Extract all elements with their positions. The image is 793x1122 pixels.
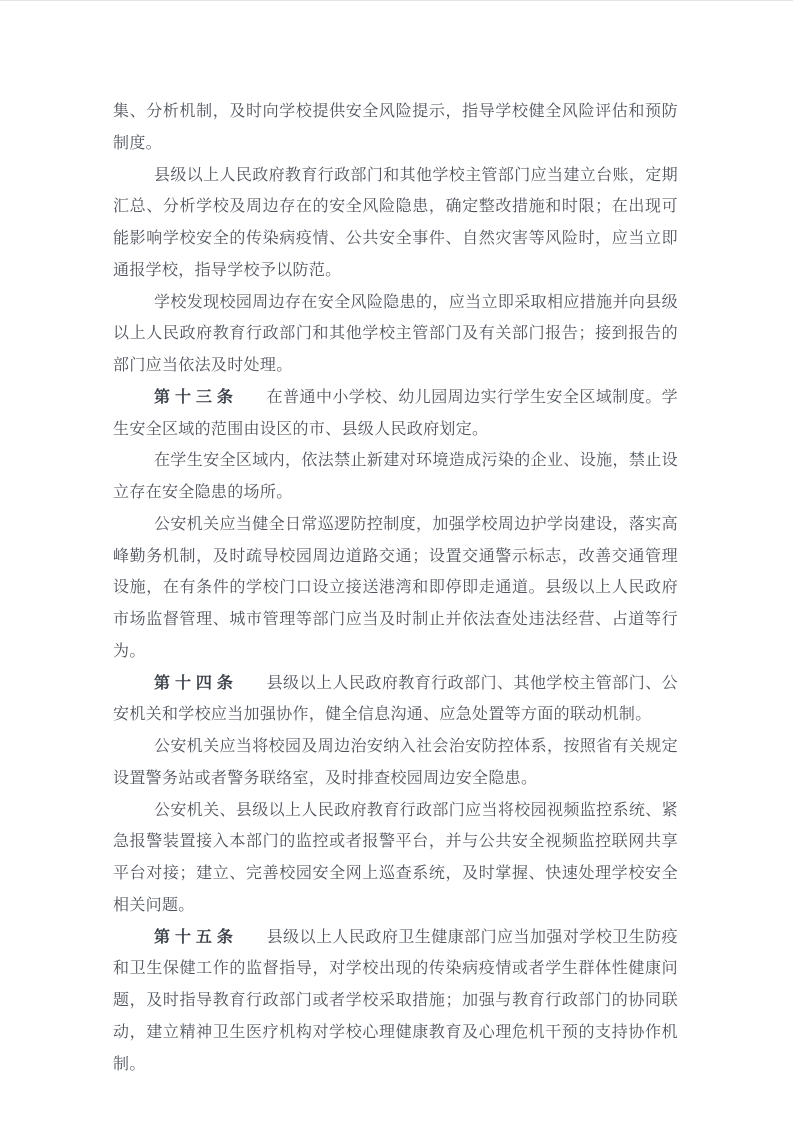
paragraph: 第十五条县级以上人民政府卫生健康部门应当加强对学校卫生防疫和卫生保健工作的监督指… xyxy=(113,922,678,1081)
page-top-edge xyxy=(0,0,793,1)
paragraph-text: 集、分析机制，及时向学校提供安全风险提示，指导学校健全风险评估和预防制度。 xyxy=(113,103,678,152)
paragraph-text: 学校发现校园周边存在安全风险隐患的，应当立即采取相应措施并向县级以上人民政府教育… xyxy=(113,294,678,375)
paragraph: 公安机关应当将校园及周边治安纳入社会治安防控体系，按照省有关规定设置警务站或者警… xyxy=(113,731,678,795)
article-number: 第十四条 xyxy=(154,675,238,692)
paragraph-text: 县级以上人民政府教育行政部门和其他学校主管部门应当建立台账，定期汇总、分析学校及… xyxy=(113,167,678,279)
paragraph-text: 公安机关应当将校园及周边治安纳入社会治安防控体系，按照省有关规定设置警务站或者警… xyxy=(113,738,678,787)
paragraph: 集、分析机制，及时向学校提供安全风险提示，指导学校健全风险评估和预防制度。 xyxy=(113,96,678,160)
paragraph: 学校发现校园周边存在安全风险隐患的，应当立即采取相应措施并向县级以上人民政府教育… xyxy=(113,287,678,382)
paragraph-text: 公安机关、县级以上人民政府教育行政部门应当将校园视频监控系统、紧急报警装置接入本… xyxy=(113,802,678,914)
paragraph: 第十四条县级以上人民政府教育行政部门、其他学校主管部门、公安机关和学校应当加强协… xyxy=(113,668,678,732)
paragraph: 公安机关应当健全日常巡逻防控制度，加强学校周边护学岗建设，落实高峰勤务机制，及时… xyxy=(113,509,678,668)
paragraph-text: 县级以上人民政府卫生健康部门应当加强对学校卫生防疫和卫生保健工作的监督指导，对学… xyxy=(113,929,678,1073)
paragraph-text: 在学生安全区域内，依法禁止新建对环境造成污染的企业、设施，禁止设立存在安全隐患的… xyxy=(113,452,678,501)
paragraph: 第十三条在普通中小学校、幼儿园周边实行学生安全区域制度。学生安全区域的范围由设区… xyxy=(113,382,678,446)
paragraph: 县级以上人民政府教育行政部门和其他学校主管部门应当建立台账，定期汇总、分析学校及… xyxy=(113,160,678,287)
article-number: 第十三条 xyxy=(154,389,238,406)
paragraph-text: 公安机关应当健全日常巡逻防控制度，加强学校周边护学岗建设，落实高峰勤务机制，及时… xyxy=(113,516,678,660)
document-body: 集、分析机制，及时向学校提供安全风险提示，指导学校健全风险评估和预防制度。县级以… xyxy=(113,96,678,1080)
paragraph: 在学生安全区域内，依法禁止新建对环境造成污染的企业、设施，禁止设立存在安全隐患的… xyxy=(113,445,678,509)
paragraph: 公安机关、县级以上人民政府教育行政部门应当将校园视频监控系统、紧急报警装置接入本… xyxy=(113,795,678,922)
article-number: 第十五条 xyxy=(154,929,238,946)
document-page: 集、分析机制，及时向学校提供安全风险提示，指导学校健全风险评估和预防制度。县级以… xyxy=(0,0,793,1122)
